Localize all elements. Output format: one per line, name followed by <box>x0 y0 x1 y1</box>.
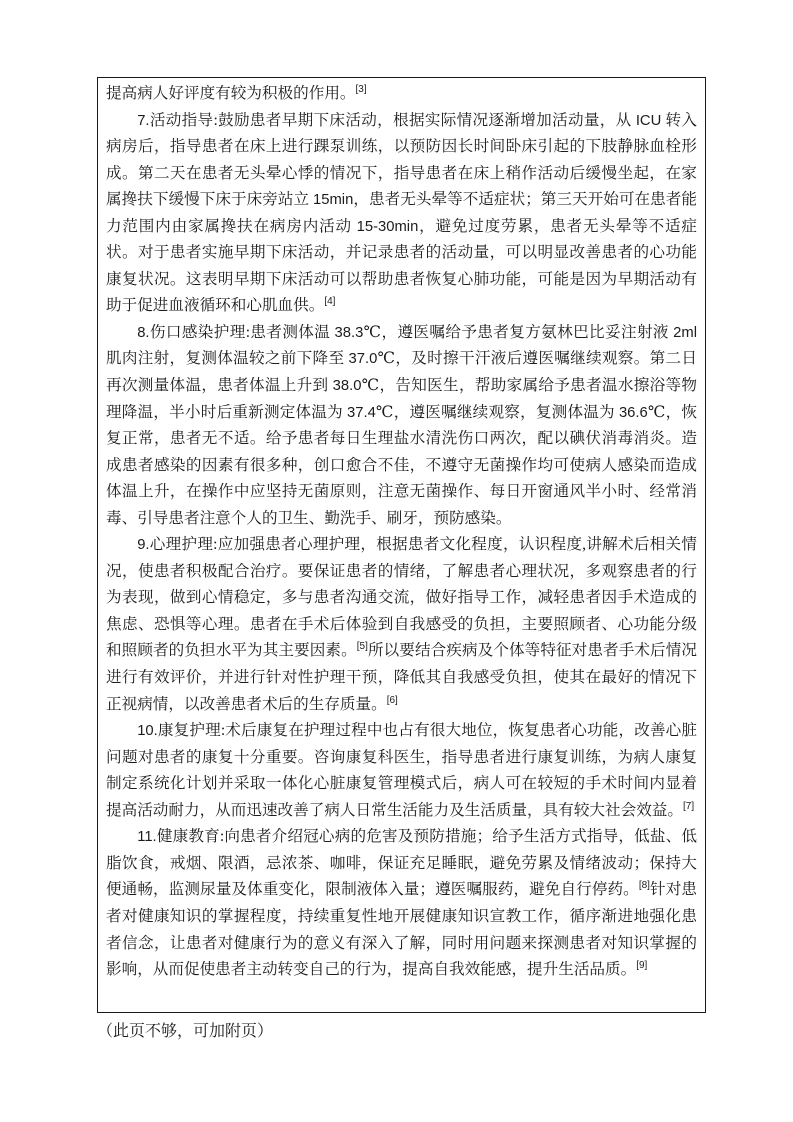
latin-text: 37.4 <box>347 405 376 421</box>
footer-note: （此页不够，可加附页） <box>97 1019 273 1045</box>
latin-text: 10. <box>137 723 158 739</box>
latin-text: ICU <box>636 113 661 129</box>
paragraph: 10.康复护理:术后康复在护理过程中也占有很大地位，恢复患者心功能，改善心脏问题… <box>106 718 697 824</box>
reference-superscript: [3] <box>356 84 367 95</box>
reference-superscript: [8] <box>639 880 650 891</box>
reference-superscript: [5] <box>357 641 368 652</box>
latin-text: 37.0 <box>349 351 378 367</box>
reference-superscript: [7] <box>683 801 694 812</box>
latin-text: 38.0 <box>333 378 362 394</box>
latin-text: 15min <box>313 192 353 208</box>
document-body: 提高病人好评度有较为积极的作用。[3]7.活动指导:鼓励患者早期下床活动，根据实… <box>106 81 697 984</box>
table-cell-border: 提高病人好评度有较为积极的作用。[3]7.活动指导:鼓励患者早期下床活动，根据实… <box>97 77 706 1013</box>
latin-text: 38.3 <box>335 325 364 341</box>
latin-text: 11. <box>137 829 156 845</box>
latin-text: 15-30min <box>357 219 419 235</box>
latin-text: 2ml <box>673 325 697 341</box>
paragraph: 提高病人好评度有较为积极的作用。[3] <box>106 81 697 108</box>
paragraph: 9.心理护理:应加强患者心理护理，根据患者文化程度，认识程度,讲解术后相关情况，… <box>106 532 697 718</box>
latin-text: 8. <box>137 325 149 341</box>
latin-text: 9. <box>137 537 149 553</box>
latin-text: 36.6 <box>619 405 648 421</box>
latin-text: 7. <box>137 113 149 129</box>
reference-superscript: [6] <box>387 694 398 705</box>
paragraph: 11.健康教育:向患者介绍冠心病的危害及预防措施；给予生活方式指导，低盐、低脂饮… <box>106 824 697 983</box>
reference-superscript: [9] <box>636 960 647 971</box>
paragraph: 8.伤口感染护理:患者测体温 38.3℃，遵医嘱给予患者复方氨林巴比妥注射液 2… <box>106 320 697 532</box>
document-page: 提高病人好评度有较为积极的作用。[3]7.活动指导:鼓励患者早期下床活动，根据实… <box>0 0 793 1122</box>
reference-superscript: [4] <box>324 296 335 307</box>
paragraph: 7.活动指导:鼓励患者早期下床活动，根据实际情况逐渐增加活动量，从 ICU 转入… <box>106 108 697 320</box>
